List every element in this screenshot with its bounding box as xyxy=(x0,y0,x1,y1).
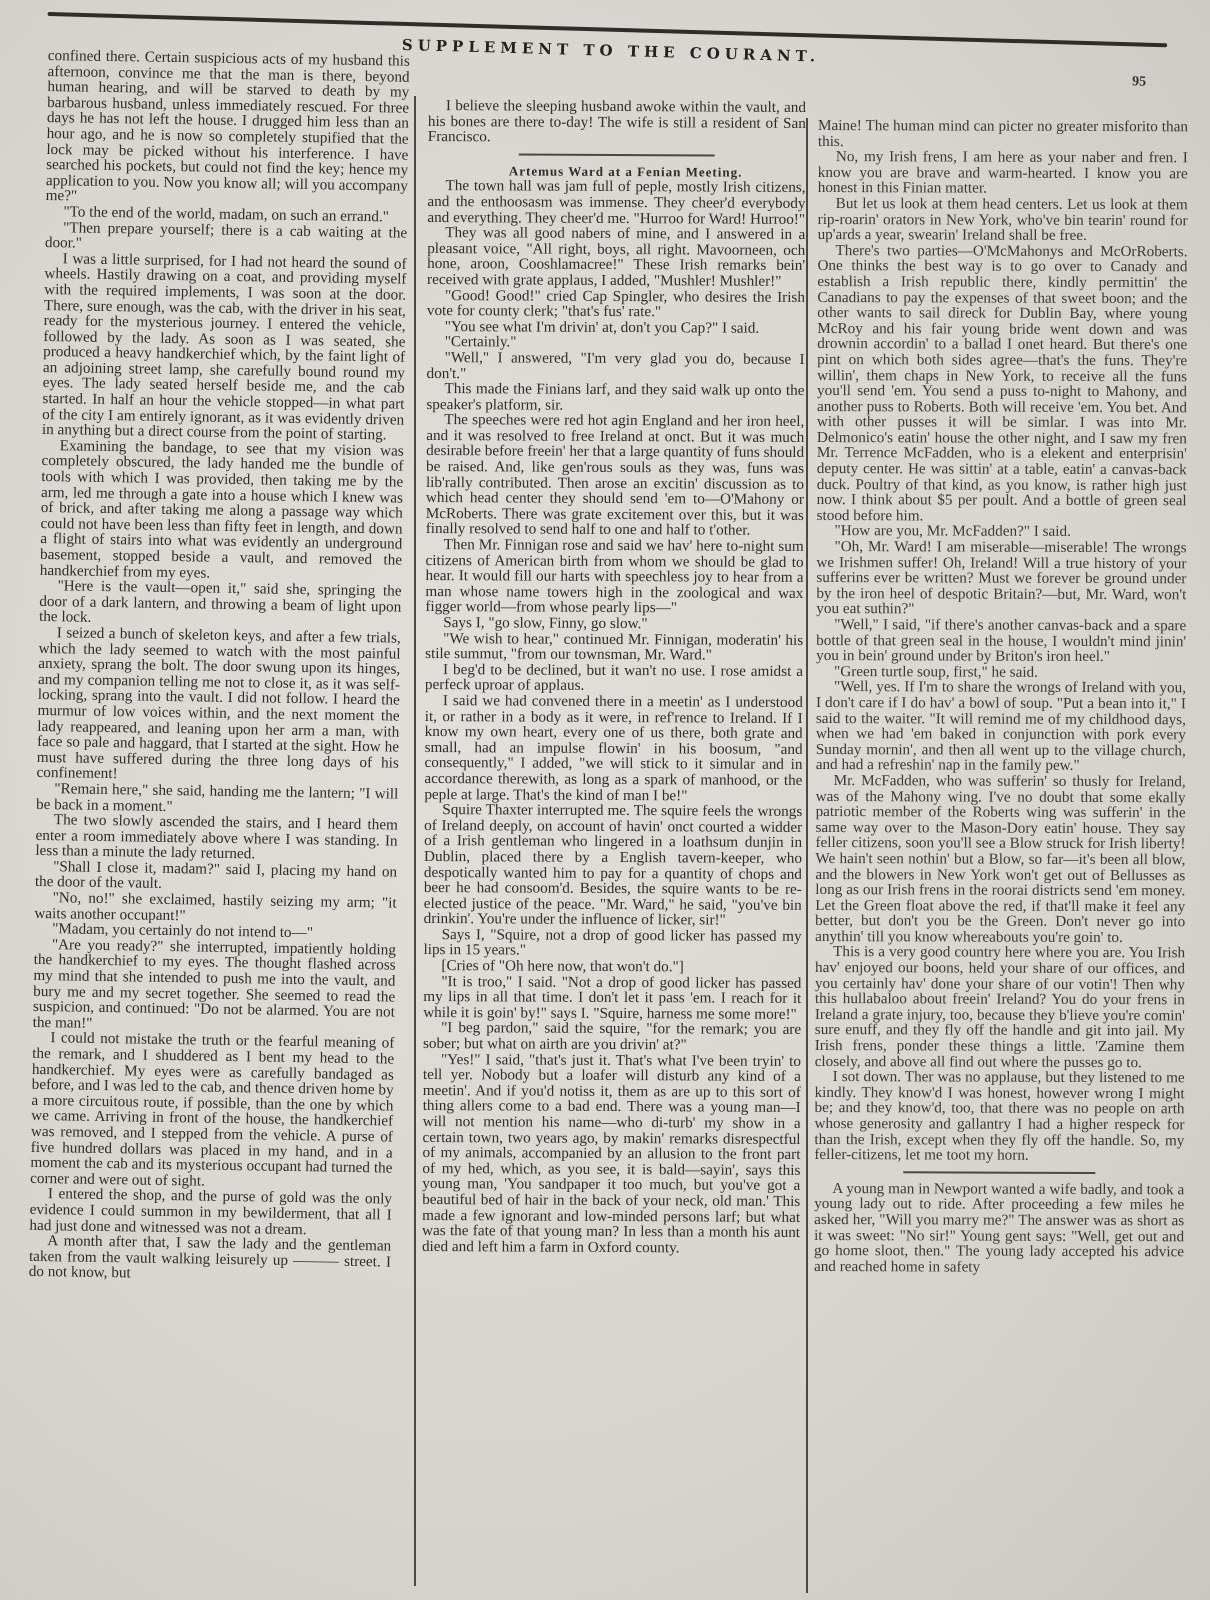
paragraph: I beg'd to be declined, but it wan't no … xyxy=(425,662,803,695)
column-divider xyxy=(414,96,416,1586)
column-1: confined there. Certain suspicious acts … xyxy=(29,48,410,1285)
masthead-title: SUPPLEMENT TO THE COURANT. xyxy=(402,36,821,66)
paragraph: I could not mistake the truth or the fea… xyxy=(30,1030,394,1192)
paragraph: "Well," I said, "if there's another canv… xyxy=(816,617,1186,665)
paragraph: The speeches were red hot agin England a… xyxy=(426,412,805,539)
paragraph: I said we had convened there in a meetin… xyxy=(424,693,803,804)
anecdote-paragraph: A young man in Newport wanted a wife bad… xyxy=(814,1181,1184,1276)
paragraph: Examining the bandage, to see that my vi… xyxy=(40,438,404,584)
paragraph: The town hall was jam full of peple, mos… xyxy=(427,178,805,227)
paragraph: "I beg pardon," said the squire, "for th… xyxy=(423,1020,801,1053)
paragraph: There's two parties—O'McMahonys and McOr… xyxy=(817,243,1188,525)
column-divider xyxy=(806,118,808,1593)
paragraph: "Well," I answered, "I'm very glad you d… xyxy=(427,350,805,383)
paragraph: "Here is the vault—open it," said she, s… xyxy=(39,578,402,630)
column-2: I believe the sleeping husband awoke wit… xyxy=(422,98,806,1256)
paragraph: Then Mr. Finnigan rose and said we hav' … xyxy=(425,537,803,617)
paragraph: A month after that, I saw the lady and t… xyxy=(29,1233,392,1285)
paragraph: confined there. Certain suspicious acts … xyxy=(46,48,410,210)
section-separator xyxy=(518,153,715,156)
paragraph: This made the Finians larf, and they sai… xyxy=(426,381,804,414)
paragraph: "It is troo," I said. "Not a drop of goo… xyxy=(423,974,801,1023)
paragraph: "Are you ready?" she interrupted, impati… xyxy=(33,937,396,1036)
paragraph: I seized a bunch of skeleton keys, and a… xyxy=(36,625,400,787)
paragraph: The two slowly ascended the stairs, and … xyxy=(35,812,398,864)
paragraph: But let us look at them head centers. Le… xyxy=(818,196,1188,244)
column-3: Maine! The human mind can picter no grea… xyxy=(814,118,1188,1276)
paragraph: Maine! The human mind can picter no grea… xyxy=(818,118,1188,150)
paragraph: Mr. McFadden, who was sufferin' so thusl… xyxy=(815,773,1186,946)
paragraph: This is a very good country here where y… xyxy=(815,944,1185,1070)
paragraph: "We wish to hear," continued Mr. Finniga… xyxy=(425,631,803,664)
paragraph: They was all good nabers of mine, and I … xyxy=(427,225,805,289)
paragraph: "Yes!" I said, "that's just it. That's w… xyxy=(422,1052,801,1257)
section-separator xyxy=(903,1171,1095,1174)
paragraph: No, my Irish frens, I am here as your na… xyxy=(818,149,1188,197)
paragraph: I entered the shop, and the purse of gol… xyxy=(29,1186,392,1238)
paragraph: "Good! Good!" cried Cap Spingler, who de… xyxy=(427,288,805,321)
paragraph: Squire Thaxter interrupted me. The squir… xyxy=(424,802,803,929)
paragraph: I was a little surprised, for I had not … xyxy=(42,251,407,444)
paragraph: "Well, yes. If I'm to share the wrongs o… xyxy=(816,679,1186,774)
paragraph: Says I, "Squire, not a drop of good lick… xyxy=(423,927,801,960)
page-number: 95 xyxy=(1132,74,1146,90)
story-ending: I believe the sleeping husband awoke wit… xyxy=(428,98,806,147)
paragraph: "Oh, Mr. Ward! I am miserable—miserable!… xyxy=(816,539,1186,618)
newspaper-page: SUPPLEMENT TO THE COURANT. 95 confined t… xyxy=(0,0,1210,1600)
paragraph: I sot down. Ther was no applause, but th… xyxy=(814,1069,1184,1164)
